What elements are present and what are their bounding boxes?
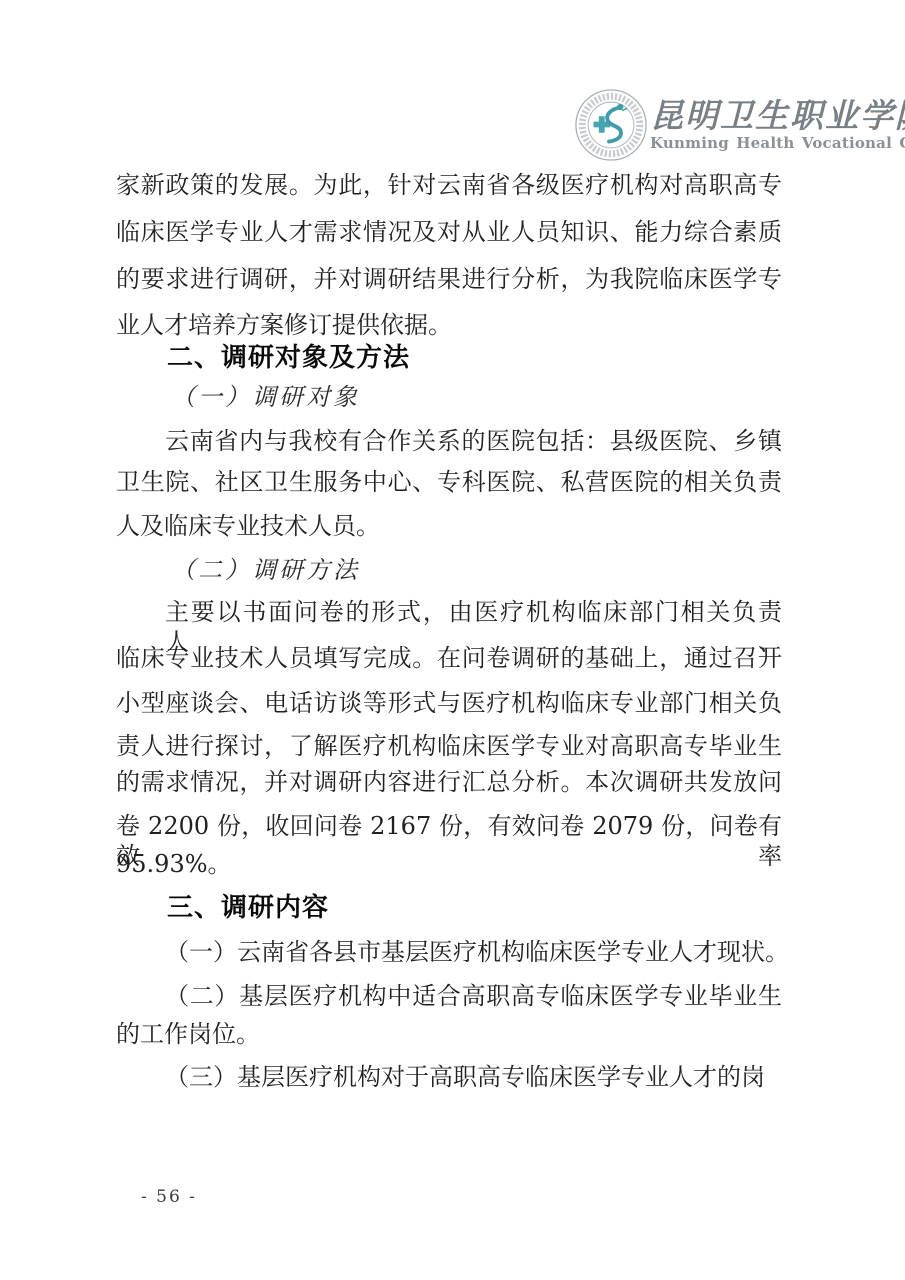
body-line: （二）基层医疗机构中适合高职高专临床医学专业毕业生: [116, 981, 782, 1011]
document-page: 昆明卫生职业学院 Kunming Health Vocational Colle…: [0, 0, 905, 1280]
section-heading-2: 二、调研对象及方法: [116, 343, 782, 373]
body-line: 业人才培养方案修订提供依据。: [116, 310, 782, 340]
college-seal-icon: [574, 88, 648, 162]
body-line: 责人进行探讨，了解医疗机构临床医学专业对高职高专毕业生: [116, 731, 782, 761]
body-line: 小型座谈会、电话访谈等形式与医疗机构临床专业部门相关负: [116, 688, 782, 718]
subsection-heading: （一）调研对象: [116, 382, 782, 412]
section-heading-3: 三、调研内容: [116, 893, 782, 923]
college-name-english: Kunming Health Vocational College: [650, 134, 900, 152]
page-number: - 56 -: [141, 1187, 197, 1207]
body-line: 的需求情况，并对调研内容进行汇总分析。本次调研共发放问: [116, 767, 782, 797]
body-line: 的要求进行调研，并对调研结果进行分析，为我院临床医学专: [116, 264, 782, 294]
body-line: （三）基层医疗机构对于高职高专临床医学专业人才的岗: [116, 1062, 782, 1092]
college-name-chinese: 昆明卫生职业学院: [650, 90, 900, 137]
body-line: 临床专业技术人员填写完成。在问卷调研的基础上，通过召开: [116, 643, 782, 673]
body-line: （一）云南省各县市基层医疗机构临床医学专业人才现状。: [116, 937, 782, 967]
body-line: 家新政策的发展。为此，针对云南省各级医疗机构对高职高专: [116, 170, 782, 200]
body-line: 卫生院、社区卫生服务中心、专科医院、私营医院的相关负责: [116, 467, 782, 497]
college-letterhead: 昆明卫生职业学院 Kunming Health Vocational Colle…: [0, 0, 905, 170]
body-line: 人及临床专业技术人员。: [116, 511, 782, 541]
subsection-heading: （二）调研方法: [116, 555, 782, 585]
body-line: 临床医学专业人才需求情况及对从业人员知识、能力综合素质: [116, 217, 782, 247]
body-line: 的工作岗位。: [116, 1019, 782, 1049]
body-line: 云南省内与我校有合作关系的医院包括：县级医院、乡镇: [116, 426, 782, 456]
body-line: 95.93%。: [116, 849, 782, 879]
